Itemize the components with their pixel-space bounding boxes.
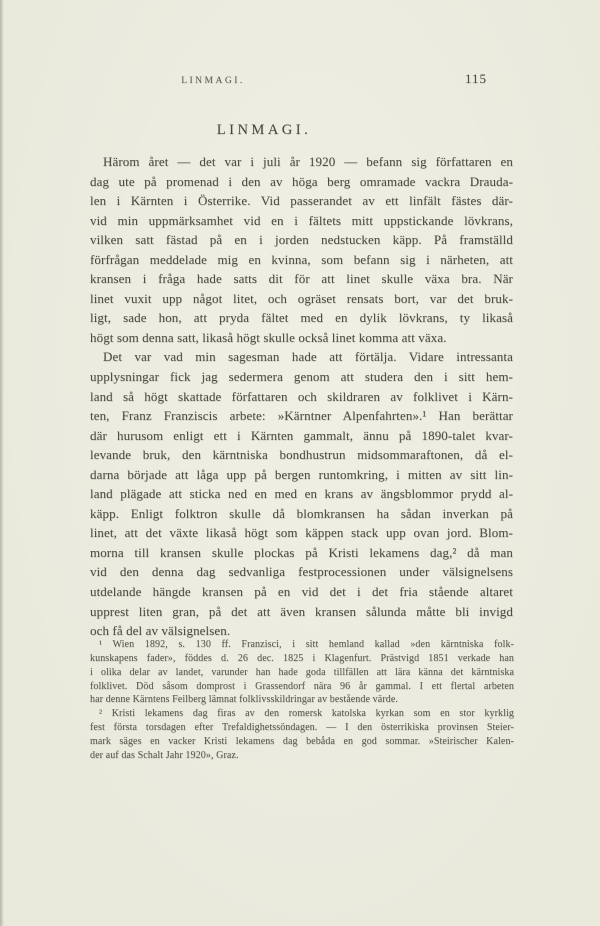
body-text: Härom året — det var i juli år 1920 — be… — [90, 152, 513, 641]
text-line: land plägade att sticka ned en med en kr… — [90, 484, 513, 504]
text-line: land så högt skattade författaren och sk… — [90, 387, 513, 407]
text-line: käpp. Enligt folktron skulle då blomkran… — [90, 504, 513, 524]
running-head: LINMAGI. — [0, 76, 470, 86]
text-line: förfrågan meddelade mig en kvinna, som b… — [90, 250, 513, 270]
text-line: morna till kransen skulle plockas på Kri… — [90, 543, 513, 563]
text-line: kunskapens fader», föddes d. 26 dec. 182… — [90, 652, 514, 666]
text-line: högt som denna satt, likaså högt skulle … — [90, 328, 513, 348]
text-line: fest första torsdagen efter Trefaldighet… — [90, 721, 514, 735]
text-line: dag ute på promenad i den av höga berg o… — [90, 172, 513, 192]
text-line: ten, Franz Franziscis arbete: »Kärntner … — [90, 406, 513, 426]
text-line: ligt, sade hon, att pryda fältet med en … — [90, 308, 513, 328]
text-line: har denne Kärntens Feilberg lämnat folkl… — [90, 693, 514, 707]
text-line: upprest liten gran, på det att även kran… — [90, 602, 513, 622]
text-line: där hurusom enligt ett i Kärnten gammalt… — [90, 426, 513, 446]
text-line: i olika delar av landet, varunder han ha… — [90, 666, 514, 680]
text-line: Härom året — det var i juli år 1920 — be… — [90, 152, 513, 172]
text-line: levande bruk, den kärntniska bondhustrun… — [90, 445, 513, 465]
text-line: ² Kristi lekamens dag firas av den romer… — [90, 707, 514, 721]
text-line: len i Kärnten i Österrike. Vid passerand… — [90, 191, 513, 211]
text-line: darna började att låga upp på bergen run… — [90, 465, 513, 485]
text-line: utdelande hängde kransen på en vid det i… — [90, 582, 513, 602]
text-line: vilken satt fästad på en i jorden nedstu… — [90, 230, 513, 250]
text-line: Det var vad min sagesman hade att förtäl… — [90, 347, 513, 367]
book-page: LINMAGI. 115 LINMAGI. Härom året — det v… — [0, 0, 600, 926]
paragraph-2: Det var vad min sagesman hade att förtäl… — [90, 347, 513, 640]
paragraph-1: Härom året — det var i juli år 1920 — be… — [90, 152, 513, 347]
text-line: kransen i fråga hade satts dit för att l… — [90, 269, 513, 289]
text-line: ¹ Wien 1892, s. 130 ff. Franzisci, i sit… — [90, 638, 514, 652]
page-number: 115 — [465, 71, 487, 87]
text-line: folklivet. Död såsom domprost i Grassend… — [90, 680, 514, 694]
footnotes: ¹ Wien 1892, s. 130 ff. Franzisci, i sit… — [90, 638, 514, 763]
text-line: vid den denna dag sedvanliga festprocess… — [90, 562, 513, 582]
footnote-1: ¹ Wien 1892, s. 130 ff. Franzisci, i sit… — [90, 638, 514, 707]
text-line: vid min uppmärksamhet vid en i fältets m… — [90, 211, 513, 231]
text-line: linet, att det växte likaså högt som käp… — [90, 523, 513, 543]
text-line: linet vuxit upp något litet, och ogräset… — [90, 289, 513, 309]
footnote-2: ² Kristi lekamens dag firas av den romer… — [90, 707, 514, 762]
text-line: der auf das Schalt Jahr 1920», Graz. — [90, 749, 514, 763]
text-line: upplysningar fick jag sedermera genom at… — [90, 367, 513, 387]
page-title: LINMAGI. — [0, 122, 564, 139]
text-line: mark säges en vacker Kristi lekamens dag… — [90, 735, 514, 749]
